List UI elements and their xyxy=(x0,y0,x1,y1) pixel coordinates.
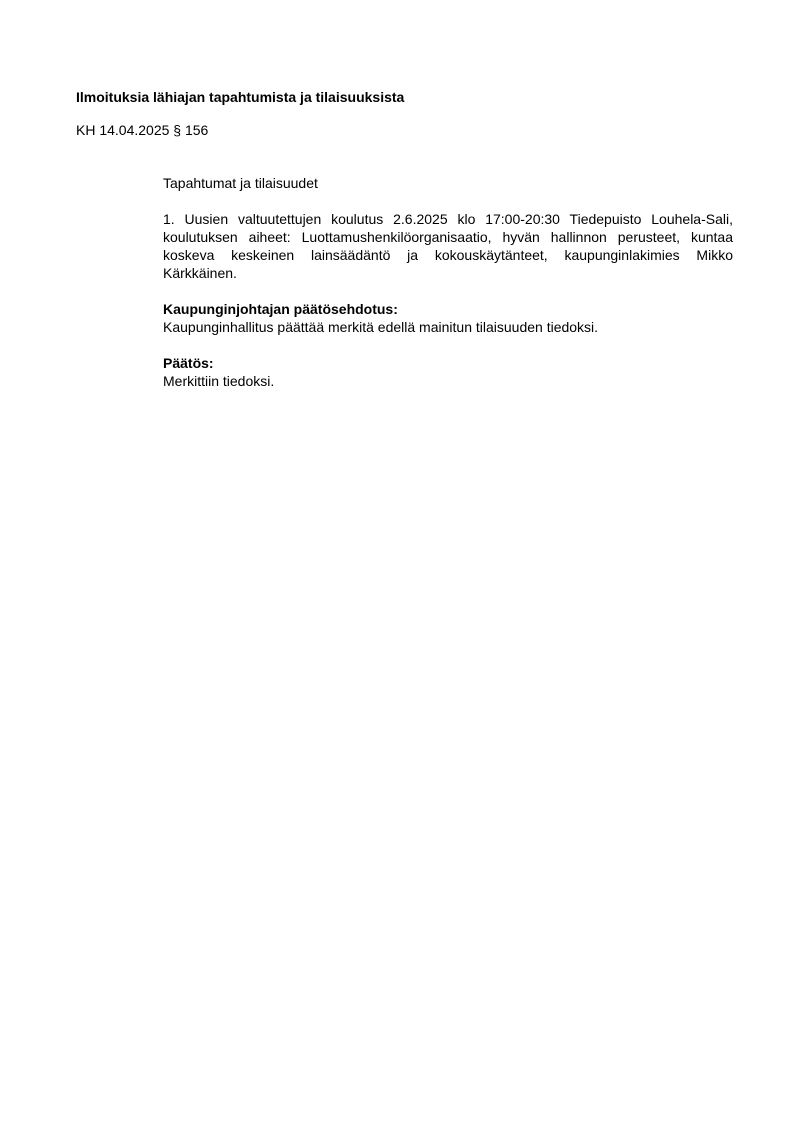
document-title: Ilmoituksia lähiajan tapahtumista ja til… xyxy=(76,89,404,105)
intro-heading: Tapahtumat ja tilaisuudet xyxy=(163,174,733,192)
spacer xyxy=(163,192,733,210)
proposal-heading: Kaupunginjohtajan päätösehdotus: xyxy=(163,300,733,318)
spacer xyxy=(163,336,733,354)
spacer xyxy=(163,282,733,300)
event-item: 1. Uusien valtuutettujen koulutus 2.6.20… xyxy=(163,210,733,282)
proposal-text: Kaupunginhallitus päättää merkitä edellä… xyxy=(163,318,733,336)
document-body: Tapahtumat ja tilaisuudet 1. Uusien valt… xyxy=(163,174,733,390)
meeting-reference: KH 14.04.2025 § 156 xyxy=(76,122,208,138)
decision-text: Merkittiin tiedoksi. xyxy=(163,372,733,390)
decision-heading: Päätös: xyxy=(163,354,733,372)
